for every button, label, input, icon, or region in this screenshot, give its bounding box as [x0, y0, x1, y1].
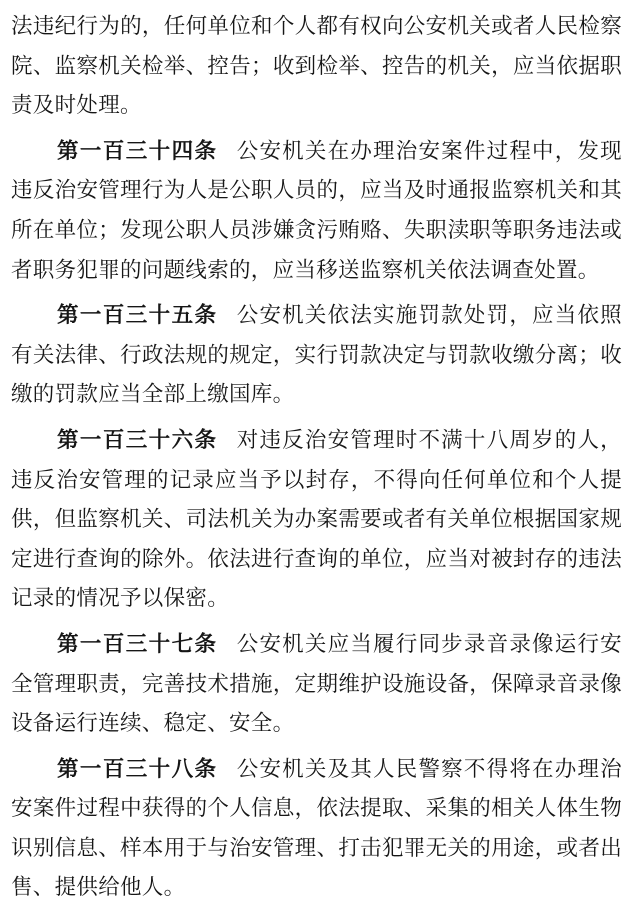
- article-number: 第一百三十七条: [57, 632, 217, 656]
- article-paragraph-136: 第一百三十六条对违反治安管理时不满十八周岁的人，违反治安管理的记录应当予以封存，…: [11, 421, 622, 619]
- document-page: 法违纪行为的，任何单位和个人都有权向公安机关或者人民检察院、监察机关检举、控告；…: [0, 0, 640, 909]
- article-number: 第一百三十五条: [57, 303, 217, 327]
- article-number: 第一百三十六条: [57, 428, 217, 452]
- article-paragraph-135: 第一百三十五条公安机关依法实施罚款处罚，应当依照有关法律、行政法规的规定，实行罚…: [11, 296, 622, 415]
- article-text: 对违反治安管理时不满十八周岁的人，违反治安管理的记录应当予以封存，不得向任何单位…: [11, 428, 622, 610]
- article-paragraph-137: 第一百三十七条公安机关应当履行同步录音录像运行安全管理职责，完善技术措施，定期维…: [11, 625, 622, 744]
- article-paragraph-134: 第一百三十四条公安机关在办理治安案件过程中，发现违反治安管理行为人是公职人员的，…: [11, 132, 622, 290]
- article-paragraph-138: 第一百三十八条公安机关及其人民警察不得将在办理治安案件过程中获得的个人信息，依法…: [11, 750, 622, 908]
- paragraph-continuation: 法违纪行为的，任何单位和个人都有权向公安机关或者人民检察院、监察机关检举、控告；…: [11, 7, 622, 126]
- article-number: 第一百三十四条: [57, 139, 217, 163]
- article-number: 第一百三十八条: [57, 757, 217, 781]
